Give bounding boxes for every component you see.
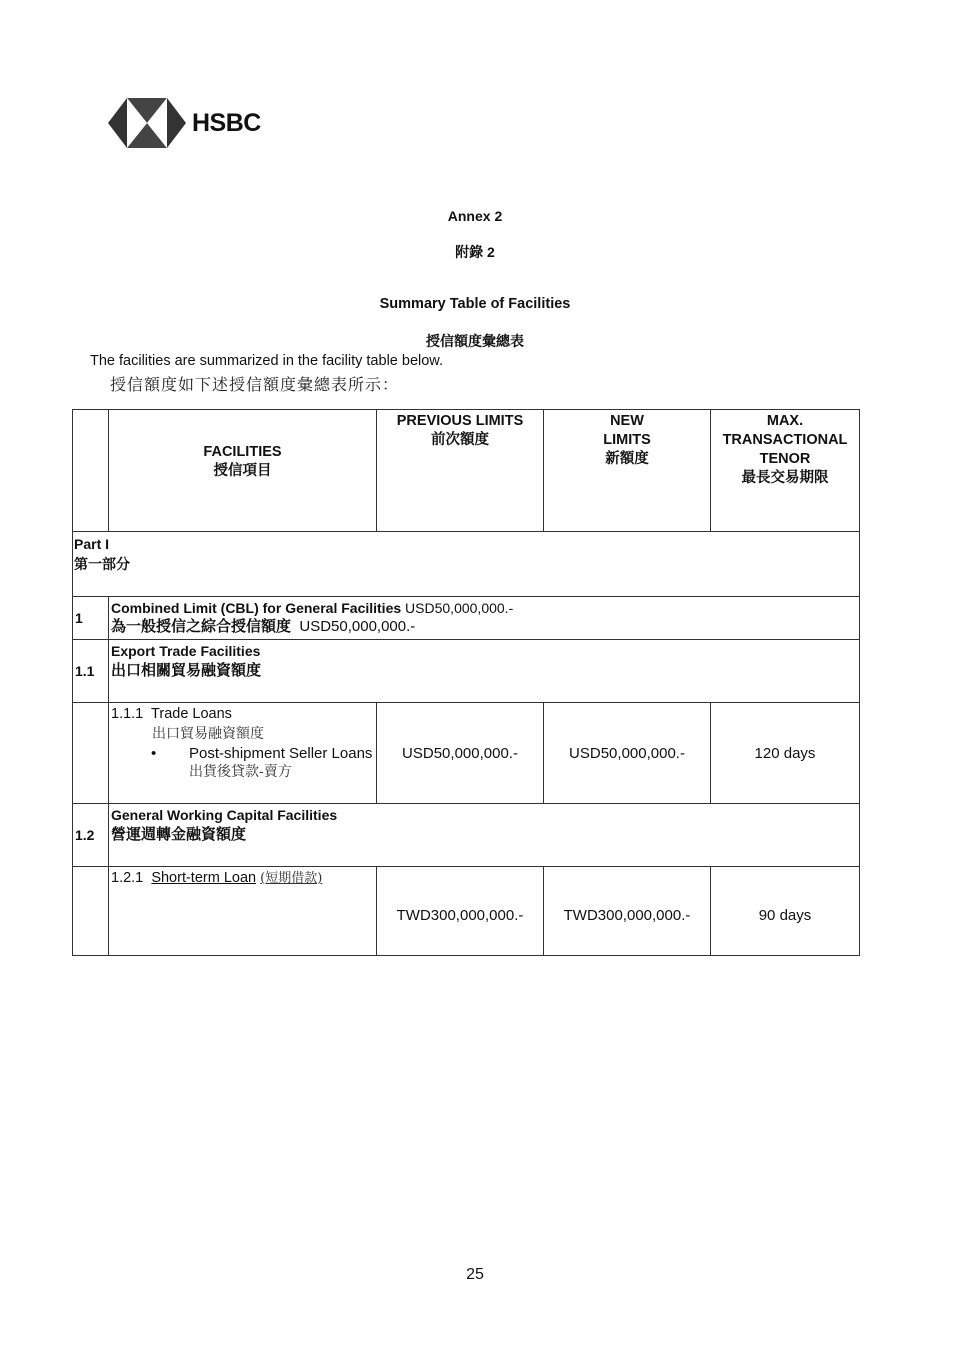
cbl-description: Combined Limit (CBL) for General Facilit… (109, 597, 860, 640)
hsbc-logo: HSBC (108, 98, 261, 148)
item-facility: 1.1.1 Trade Loans 出口貿易融資額度 •Post-shipmen… (109, 703, 377, 804)
new-limit: USD50,000,000.- (544, 703, 711, 804)
cbl-number: 1 (73, 597, 109, 640)
max-tenor: 120 days (711, 703, 860, 804)
bullet-icon: • (151, 744, 189, 763)
intro-text-zh: 授信額度如下述授信額度彙總表所示： (110, 372, 399, 395)
item-number-cell (73, 703, 109, 804)
part-row: Part I 第一部分 (73, 532, 860, 597)
item-facility: 1.2.1 Short-term Loan (短期借款) (109, 867, 377, 956)
new-limit: TWD300,000,000.- (544, 867, 711, 956)
item-number-cell (73, 867, 109, 956)
max-tenor: 90 days (711, 867, 860, 956)
hsbc-hexagon-icon (108, 98, 186, 148)
header-new-limits: NEW LIMITS 新額度 (544, 410, 711, 532)
table-row: 1.2.1 Short-term Loan (短期借款) TWD300,000,… (73, 867, 860, 956)
summary-title: Summary Table of Facilities (0, 296, 950, 312)
section-row-1-2: 1.2 General Working Capital Facilities 營… (73, 804, 860, 867)
previous-limit: TWD300,000,000.- (377, 867, 544, 956)
cbl-row: 1 Combined Limit (CBL) for General Facil… (73, 597, 860, 640)
header-facilities: FACILITIES 授信項目 (109, 410, 377, 532)
part-label: Part I 第一部分 (73, 532, 860, 597)
summary-title-zh: 授信額度彙總表 (0, 331, 950, 351)
section-title: Export Trade Facilities 出口相關貿易融資額度 (109, 640, 860, 703)
header-max-tenor: MAX. TRANSACTIONAL TENOR 最長交易期限 (711, 410, 860, 532)
section-title: General Working Capital Facilities 營運週轉金… (109, 804, 860, 867)
section-row-1-1: 1.1 Export Trade Facilities 出口相關貿易融資額度 (73, 640, 860, 703)
section-number: 1.2 (73, 804, 109, 867)
previous-limit: USD50,000,000.- (377, 703, 544, 804)
header-number (73, 410, 109, 532)
annex-title-zh: 附錄 2 (0, 242, 950, 262)
table-row: 1.1.1 Trade Loans 出口貿易融資額度 •Post-shipmen… (73, 703, 860, 804)
annex-title: Annex 2 (0, 208, 950, 224)
intro-text: The facilities are summarized in the fac… (90, 353, 443, 369)
page-number: 25 (0, 1266, 950, 1284)
logo-wordmark: HSBC (192, 109, 261, 138)
header-previous-limits: PREVIOUS LIMITS 前次額度 (377, 410, 544, 532)
table-header-row: FACILITIES 授信項目 PREVIOUS LIMITS 前次額度 NEW… (73, 410, 860, 532)
facilities-table: FACILITIES 授信項目 PREVIOUS LIMITS 前次額度 NEW… (72, 409, 860, 956)
section-number: 1.1 (73, 640, 109, 703)
